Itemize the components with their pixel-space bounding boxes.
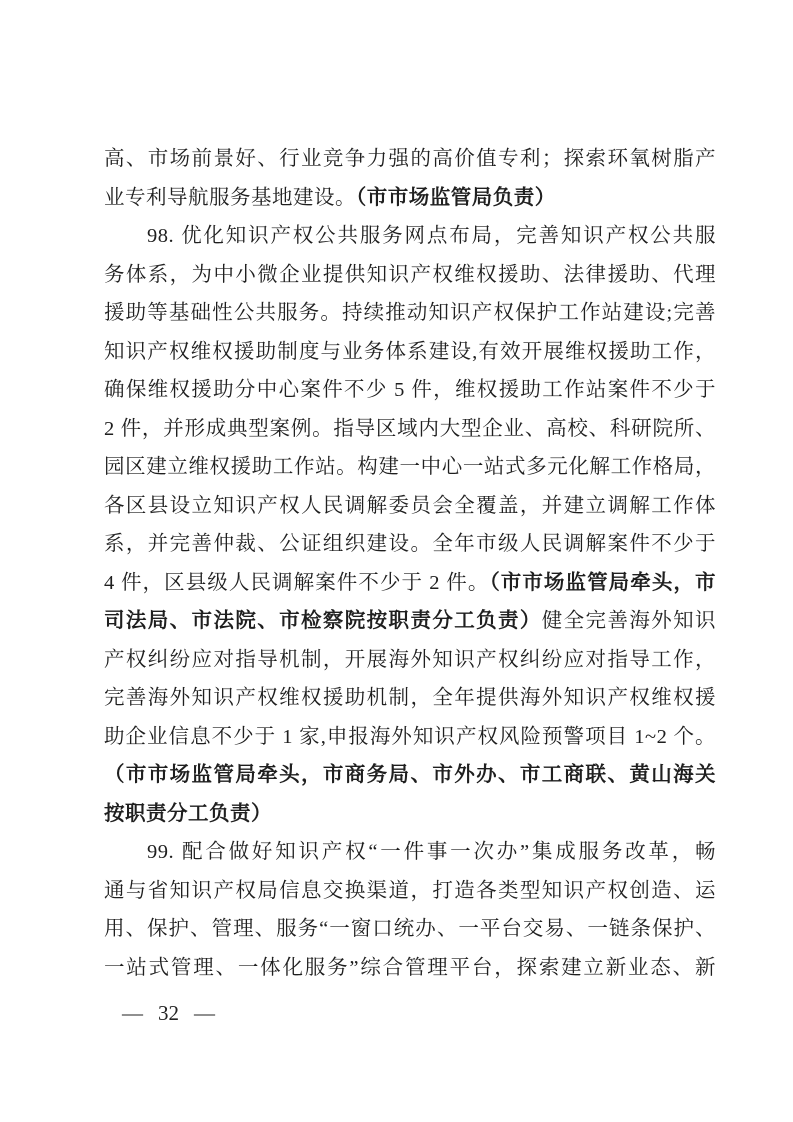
document-page: 高、市场前景好、行业竞争力强的高价值专利；探索环氧树脂产业专利导航服务基地建设。… [0,0,793,1122]
text-segment: 健全完善海外知识 [542,610,716,632]
text-line: 助企业信息不少于 1 家,申报海外知识产权风险预警项目 1~2 个。 [104,718,716,757]
page-footer: — 32 — [122,1000,215,1026]
text-segment: 高、市场前景好、行业竞争力强的高价值专利；探索环氧树脂产 [104,148,716,170]
text-segment: 援助等基础性公共服务。持续推动知识产权保护工作站建设;完善 [104,302,716,324]
text-line: 援助等基础性公共服务。持续推动知识产权保护工作站建设;完善 [104,294,716,333]
footer-dash-right: — [194,1000,215,1026]
text-segment: 园区建立维权援助工作站。构建一中心一站式多元化解工作格局， [104,456,716,478]
text-segment: 确保维权援助分中心案件不少 5 件，维权援助工作站案件不少于 [104,379,716,401]
responsibility-segment: （市市场监管局牵头，市 [489,572,716,594]
text-line: （市市场监管局牵头，市商务局、市外办、市工商联、黄山海关 [104,756,716,795]
text-line: 园区建立维权援助工作站。构建一中心一站式多元化解工作格局， [104,448,716,487]
responsibility-segment: （市市场监管局牵头，市商务局、市外办、市工商联、黄山海关 [104,764,716,786]
text-line: 司法局、市法院、市检察院按职责分工负责）健全完善海外知识 [104,602,716,641]
text-line: 用、保护、管理、服务“一窗口统办、一平台交易、一链条保护、 [104,910,716,949]
text-line: 各区县设立知识产权人民调解委员会全覆盖，并建立调解工作体 [104,487,716,526]
text-segment: 业专利导航服务基地建设。 [104,187,356,209]
text-line: 确保维权援助分中心案件不少 5 件，维权援助工作站案件不少于 [104,371,716,410]
text-segment: 务体系，为中小微企业提供知识产权维权援助、法律援助、代理 [104,264,716,286]
text-line: 一站式管理、一体化服务”综合管理平台，探索建立新业态、新 [104,949,716,988]
text-segment: 一站式管理、一体化服务”综合管理平台，探索建立新业态、新 [104,957,716,979]
page-number: 32 [158,1000,179,1026]
text-line: 高、市场前景好、行业竞争力强的高价值专利；探索环氧树脂产 [104,140,716,179]
text-segment: 99. 配合做好知识产权“一件事一次办”集成服务改革，畅 [147,841,716,863]
text-line: 2 件，并形成典型案例。指导区域内大型企业、高校、科研院所、 [104,410,716,449]
text-block: 高、市场前景好、行业竞争力强的高价值专利；探索环氧树脂产业专利导航服务基地建设。… [104,140,716,987]
paragraph: 高、市场前景好、行业竞争力强的高价值专利；探索环氧树脂产业专利导航服务基地建设。… [104,140,716,217]
text-line: 系，并完善仲裁、公证组织建设。全年市级人民调解案件不少于 [104,525,716,564]
text-segment: 4 件，区县级人民调解案件不少于 2 件。 [104,572,489,594]
text-segment: 知识产权维权援助制度与业务体系建设,有效开展维权援助工作， [104,341,716,363]
text-line: 知识产权维权援助制度与业务体系建设,有效开展维权援助工作， [104,333,716,372]
text-line: 99. 配合做好知识产权“一件事一次办”集成服务改革，畅 [104,833,716,872]
text-line: 98. 优化知识产权公共服务网点布局，完善知识产权公共服 [104,217,716,256]
text-line: 通与省知识产权局信息交换渠道，打造各类型知识产权创造、运 [104,872,716,911]
text-segment: 完善海外知识产权维权援助机制，全年提供海外知识产权维权援 [104,687,716,709]
text-line: 务体系，为中小微企业提供知识产权维权援助、法律援助、代理 [104,256,716,295]
text-line: 4 件，区县级人民调解案件不少于 2 件。（市市场监管局牵头，市 [104,564,716,603]
text-segment: 各区县设立知识产权人民调解委员会全覆盖，并建立调解工作体 [104,495,716,517]
text-line: 按职责分工负责） [104,795,716,834]
text-line: 完善海外知识产权维权援助机制，全年提供海外知识产权维权援 [104,679,716,718]
paragraph: 99. 配合做好知识产权“一件事一次办”集成服务改革，畅通与省知识产权局信息交换… [104,833,716,987]
text-segment: 通与省知识产权局信息交换渠道，打造各类型知识产权创造、运 [104,880,716,902]
responsibility-segment: 按职责分工负责） [104,803,272,825]
paragraph: 98. 优化知识产权公共服务网点布局，完善知识产权公共服务体系，为中小微企业提供… [104,217,716,833]
text-segment: 系，并完善仲裁、公证组织建设。全年市级人民调解案件不少于 [104,533,716,555]
text-segment: 助企业信息不少于 1 家,申报海外知识产权风险预警项目 1~2 个。 [104,726,716,748]
responsibility-segment: 司法局、市法院、市检察院按职责分工负责） [104,610,542,632]
footer-dash-left: — [122,1000,143,1026]
text-segment: 用、保护、管理、服务“一窗口统办、一平台交易、一链条保护、 [104,918,716,940]
text-segment: 2 件，并形成典型案例。指导区域内大型企业、高校、科研院所、 [104,418,716,440]
text-segment: 产权纠纷应对指导机制，开展海外知识产权纠纷应对指导工作， [104,649,716,671]
text-line: 业专利导航服务基地建设。（市市场监管局负责） [104,179,716,218]
text-segment: 98. 优化知识产权公共服务网点布局，完善知识产权公共服 [147,225,716,247]
responsibility-segment: （市市场监管局负责） [356,187,556,209]
text-line: 产权纠纷应对指导机制，开展海外知识产权纠纷应对指导工作， [104,641,716,680]
